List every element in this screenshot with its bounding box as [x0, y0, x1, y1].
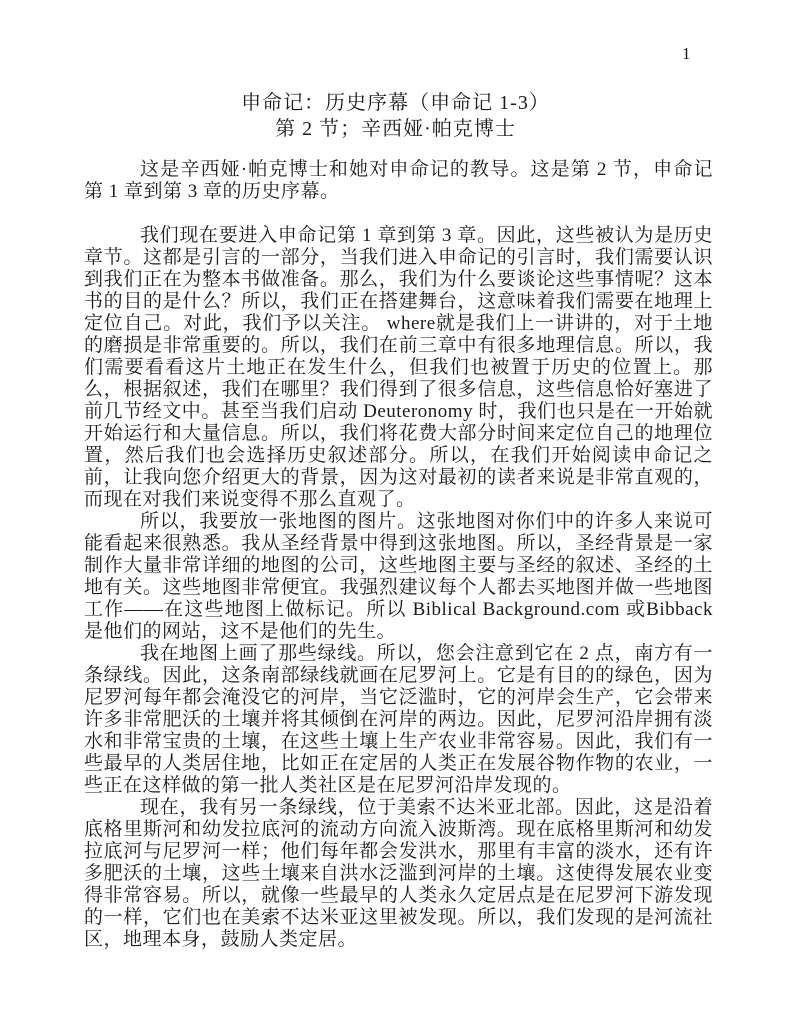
document-page: 1 申命记：历史序幕（申命记 1-3） 第 2 节；辛西娅·帕克博士 这是辛西娅…: [0, 0, 791, 1024]
paragraph-map-source: 所以，我要放一张地图的图片。这张地图对你们中的许多人来说可能看起来很熟悉。我从圣…: [84, 511, 713, 643]
paragraph-intro: 这是辛西娅·帕克博士和她对申命记的教导。这是第 2 节，申命记第 1 章到第 3…: [84, 159, 713, 203]
paragraph-nile-green-line: 我在地图上画了那些绿线。所以，您会注意到它在 2 点，南方有一条绿线。因此，这条…: [84, 643, 713, 797]
document-title-line1: 申命记：历史序幕（申命记 1-3）: [0, 90, 791, 116]
document-title: 申命记：历史序幕（申命记 1-3） 第 2 节；辛西娅·帕克博士: [0, 0, 791, 142]
page-number: 1: [682, 44, 691, 64]
document-body: 这是辛西娅·帕克博士和她对申命记的教导。这是第 2 节，申命记第 1 章到第 3…: [0, 142, 791, 951]
paragraph-overview: 我们现在要进入申命记第 1 章到第 3 章。因此，这些被认为是历史章节。这都是引…: [84, 225, 713, 511]
document-title-line2: 第 2 节；辛西娅·帕克博士: [0, 116, 791, 142]
paragraph-mesopotamia-green-line: 现在，我有另一条绿线，位于美索不达米亚北部。因此，这是沿着底格里斯河和幼发拉底河…: [84, 797, 713, 951]
